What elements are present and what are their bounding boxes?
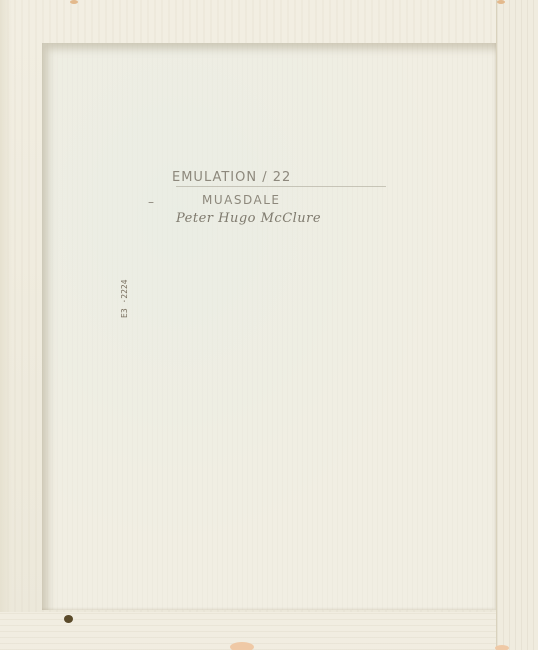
wood-knot-mark	[70, 0, 78, 4]
wood-knot-mark	[497, 0, 505, 4]
picture-frame-back: EMULATION / 22 – MUASDALE Peter Hugo McC…	[0, 0, 538, 650]
dark-stain-mark	[64, 615, 73, 623]
inscription-underline	[176, 186, 386, 187]
frame-edge-shadow	[0, 0, 12, 650]
wood-knot-mark	[495, 645, 509, 650]
wood-knot-mark	[230, 642, 254, 650]
backing-panel	[42, 43, 496, 610]
frame-right-plank	[496, 0, 538, 650]
inscription-artist-signature: Peter Hugo McClure	[176, 211, 321, 226]
inventory-stamp: E3 ·2224	[120, 279, 129, 318]
inscription-title: EMULATION / 22	[172, 170, 291, 185]
inscription-dash: –	[148, 195, 155, 209]
inscription-location: MUASDALE	[202, 193, 280, 207]
